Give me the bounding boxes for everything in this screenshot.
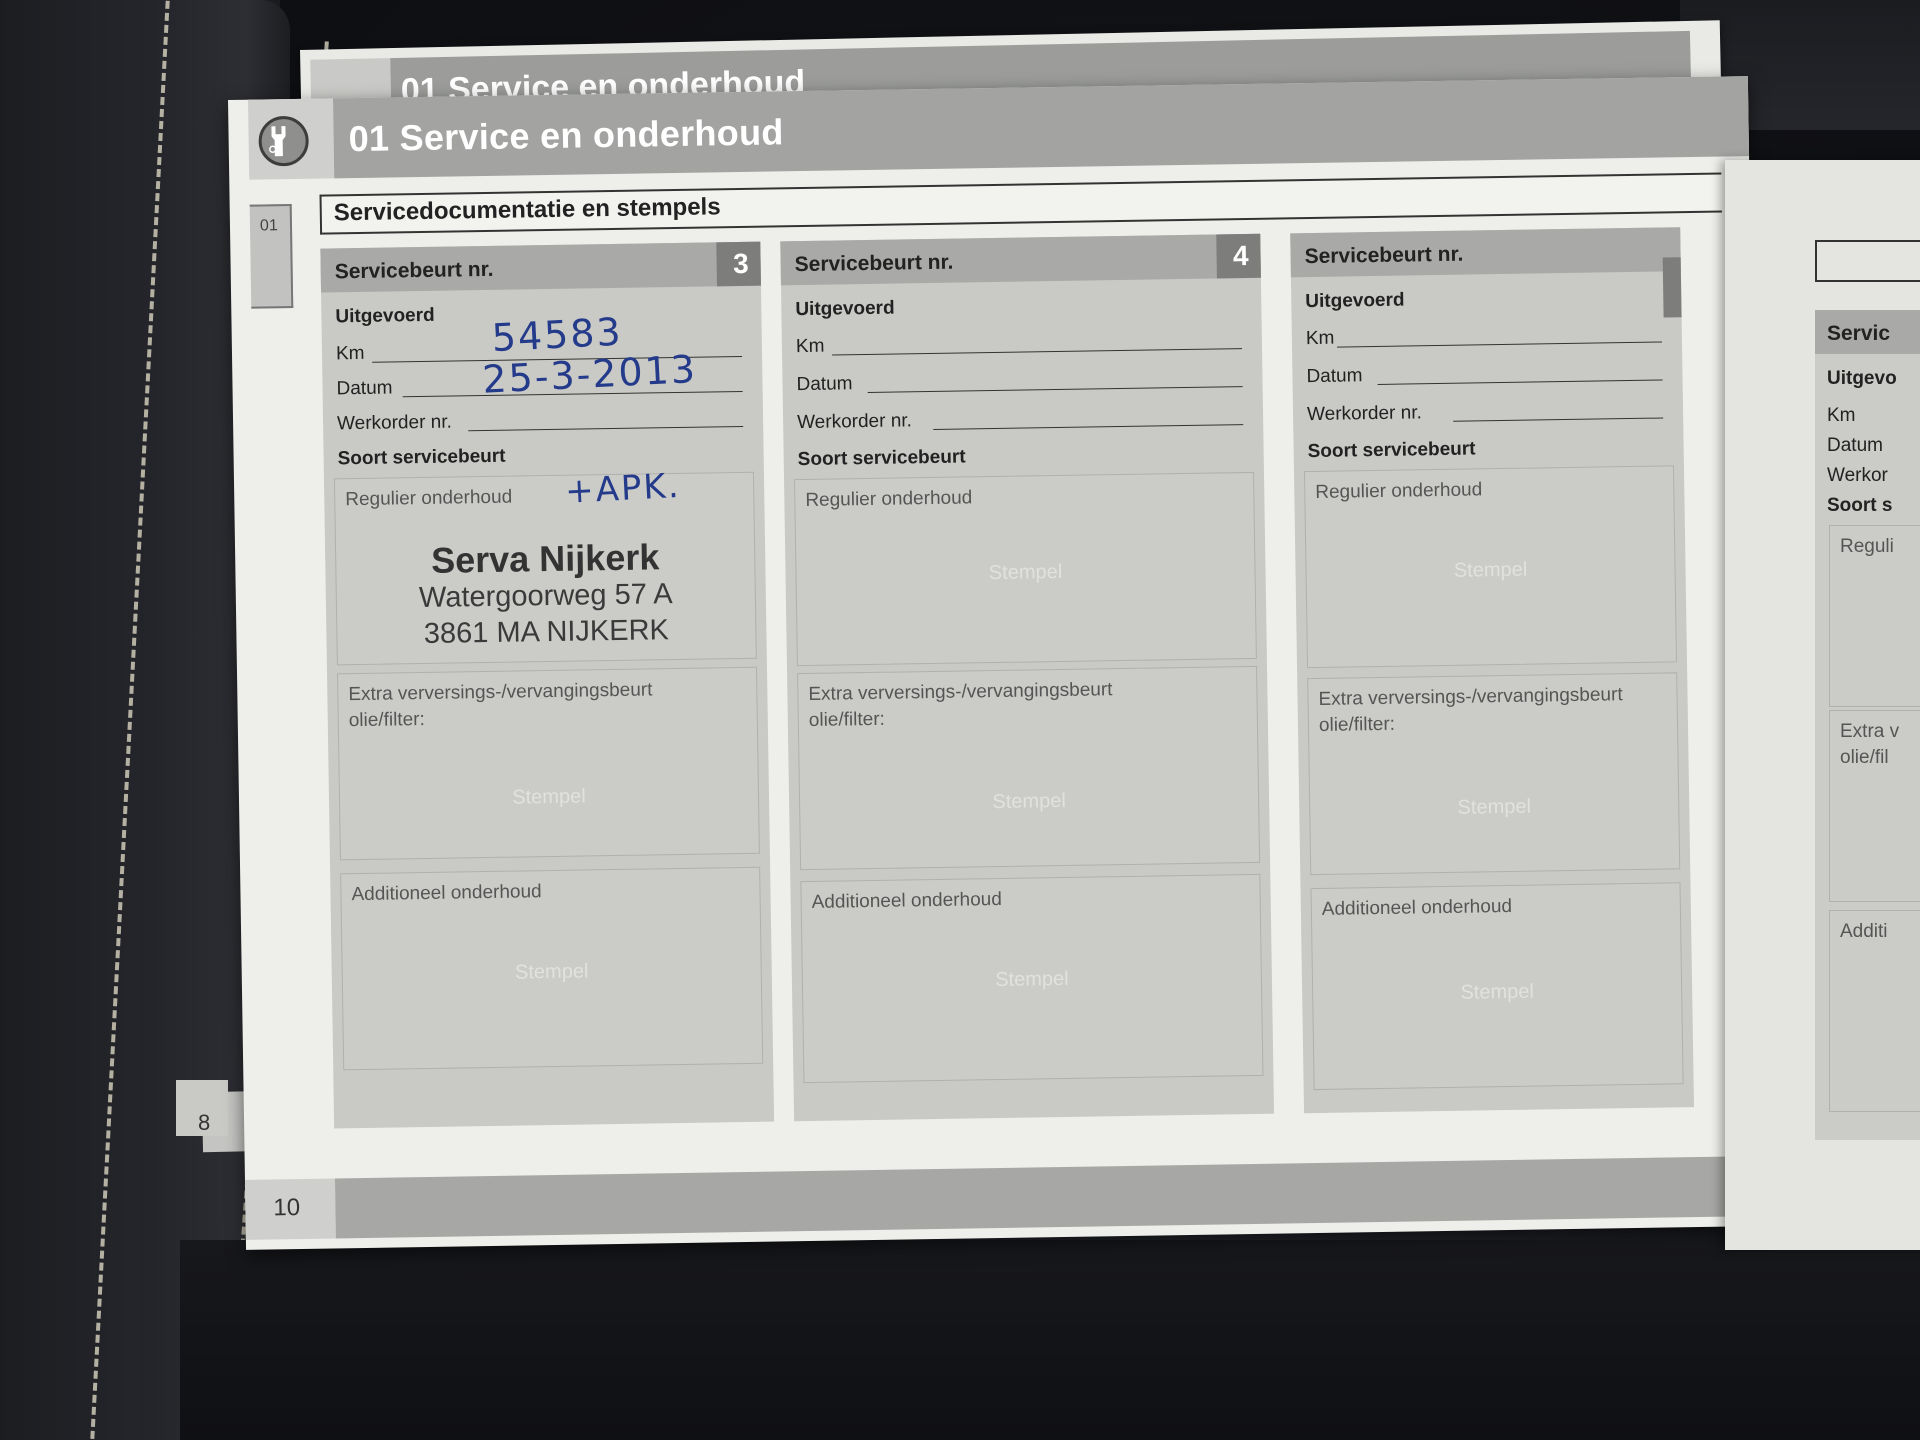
stamp-placeholder: Stempel (803, 965, 1261, 995)
additional-maintenance-label: Additi (1840, 919, 1888, 945)
stamp-placeholder: Stempel (800, 787, 1258, 817)
page-number: 10 (273, 1194, 300, 1222)
entry-number: 3 (733, 248, 749, 280)
stamp-placeholder: Stempel (1310, 793, 1678, 822)
date-label: Datum (1306, 365, 1362, 388)
date-label: Datum (796, 373, 852, 396)
entry-header: Servic (1827, 322, 1890, 346)
back-page-number: 8 (198, 1110, 210, 1136)
km-field-line[interactable] (832, 348, 1242, 355)
entry-header: Servicebeurt nr. (794, 251, 953, 277)
extra-service-label: Extra verversings-/vervangingsbeurtolie/… (808, 677, 1113, 734)
extra-service-label: Extra verversings-/vervangingsbeurtolie/… (348, 677, 653, 734)
regular-maintenance-label: Reguli (1840, 534, 1894, 560)
performed-label: Uitgevo (1827, 368, 1897, 390)
service-entry-4: Servicebeurt nr. 4 Uitgevoerd Km Datum W… (780, 234, 1274, 1121)
regular-maintenance-label: Regulier onderhoud (805, 485, 972, 514)
service-type-label: Soort servicebeurt (798, 446, 966, 471)
regular-maintenance-label: Regulier onderhoud (345, 485, 512, 514)
stamp-placeholder: Stempel (1313, 978, 1681, 1007)
regular-maintenance-label: Regulier onderhoud (1315, 477, 1482, 506)
regular-note-handwritten: +APK. (564, 466, 681, 512)
dealer-stamp-name: Serva Nijkerk (336, 535, 755, 584)
car-seat-cushion (180, 1240, 1920, 1440)
entry-number: 4 (1233, 240, 1249, 272)
km-field-line[interactable] (1337, 342, 1662, 348)
regular-maintenance-box[interactable]: Regulier onderhoud Stempel (794, 472, 1257, 666)
work-order-label: Werkorder nr. (1307, 402, 1422, 426)
work-order-label: Werkorder nr. (337, 412, 452, 436)
date-label: Datum (1827, 435, 1883, 457)
additional-maintenance-box[interactable]: Additioneel onderhoud Stempel (340, 867, 763, 1071)
date-field-line[interactable] (1378, 380, 1663, 385)
entry-header: Servicebeurt nr. (1304, 243, 1463, 269)
extra-service-box[interactable]: Extra verversings-/vervangingsbeurtolie/… (1307, 672, 1680, 875)
performed-label: Uitgevoerd (335, 305, 435, 329)
service-type-label: Soort s (1827, 495, 1892, 517)
extra-service-label: Extra verversings-/vervangingsbeurtolie/… (1318, 682, 1623, 739)
next-page-title-box (1815, 240, 1920, 282)
km-label: Km (796, 336, 825, 358)
work-order-field-line[interactable] (468, 426, 743, 431)
next-page-service-entry: Servic Uitgevo Km Datum Werkor Soort s R… (1815, 310, 1920, 1140)
chapter-tab-number: 01 (260, 217, 278, 235)
additional-maintenance-label: Additioneel onderhoud (1322, 894, 1513, 923)
performed-label: Uitgevoerd (795, 298, 895, 322)
date-value-handwritten: 25-3-2013 (481, 347, 698, 402)
additional-maintenance-box[interactable]: Additioneel onderhoud Stempel (800, 874, 1263, 1083)
service-entry-5: Servicebeurt nr. Uitgevoerd Km Datum Wer… (1290, 227, 1694, 1113)
stamp-placeholder: Stempel (340, 783, 758, 813)
performed-label: Uitgevoerd (1305, 290, 1405, 314)
extra-service-label: Extra volie/fil (1840, 719, 1899, 771)
date-field-line[interactable] (868, 386, 1243, 393)
work-order-label: Werkor (1827, 465, 1888, 487)
stamp-placeholder: Stempel (1306, 556, 1674, 585)
work-order-field-line[interactable] (933, 424, 1243, 430)
dealer-stamp-street: Watergoorweg 57 A (337, 577, 755, 617)
additional-maintenance-box[interactable]: Additioneel onderhoud Stempel (1311, 882, 1684, 1090)
work-order-label: Werkorder nr. (797, 410, 912, 434)
km-label: Km (1827, 405, 1856, 427)
service-type-label: Soort servicebeurt (337, 446, 505, 471)
regular-maintenance-box[interactable]: Regulier onderhoud Stempel (1304, 465, 1677, 668)
km-label: Km (336, 343, 365, 365)
footer-bar (335, 1156, 1766, 1238)
service-type-label: Soort servicebeurt (1307, 438, 1475, 463)
additional-maintenance-label: Additioneel onderhoud (811, 887, 1002, 916)
stamp-placeholder: Stempel (343, 958, 761, 988)
entry-number-box (1663, 257, 1682, 317)
regular-maintenance-box[interactable]: Reguli (1829, 525, 1920, 707)
date-label: Datum (336, 377, 392, 400)
extra-service-box[interactable]: Extra volie/fil (1829, 710, 1920, 902)
chapter-title: 01 Service en onderhoud (348, 111, 784, 160)
dealer-stamp-city: 3861 MA NIJKERK (337, 613, 755, 653)
entry-header: Servicebeurt nr. (335, 258, 494, 284)
km-label: Km (1306, 328, 1335, 350)
service-entry-3: Servicebeurt nr. 3 Uitgevoerd Km 54583 D… (320, 242, 774, 1129)
additional-maintenance-label: Additioneel onderhoud (351, 879, 542, 908)
work-order-field-line[interactable] (1453, 417, 1663, 421)
service-booklet-page: 01 Service en onderhoud 01 Servicedocume… (228, 76, 1766, 1250)
next-page-partial: Servic Uitgevo Km Datum Werkor Soort s R… (1725, 160, 1920, 1250)
stamp-placeholder: Stempel (796, 558, 1254, 588)
extra-service-box[interactable]: Extra verversings-/vervangingsbeurtolie/… (797, 666, 1260, 870)
additional-maintenance-box[interactable]: Additi (1829, 910, 1920, 1112)
regular-maintenance-box[interactable]: Regulier onderhoud +APK. Serva Nijkerk W… (334, 472, 757, 666)
extra-service-box[interactable]: Extra verversings-/vervangingsbeurtolie/… (337, 667, 760, 861)
